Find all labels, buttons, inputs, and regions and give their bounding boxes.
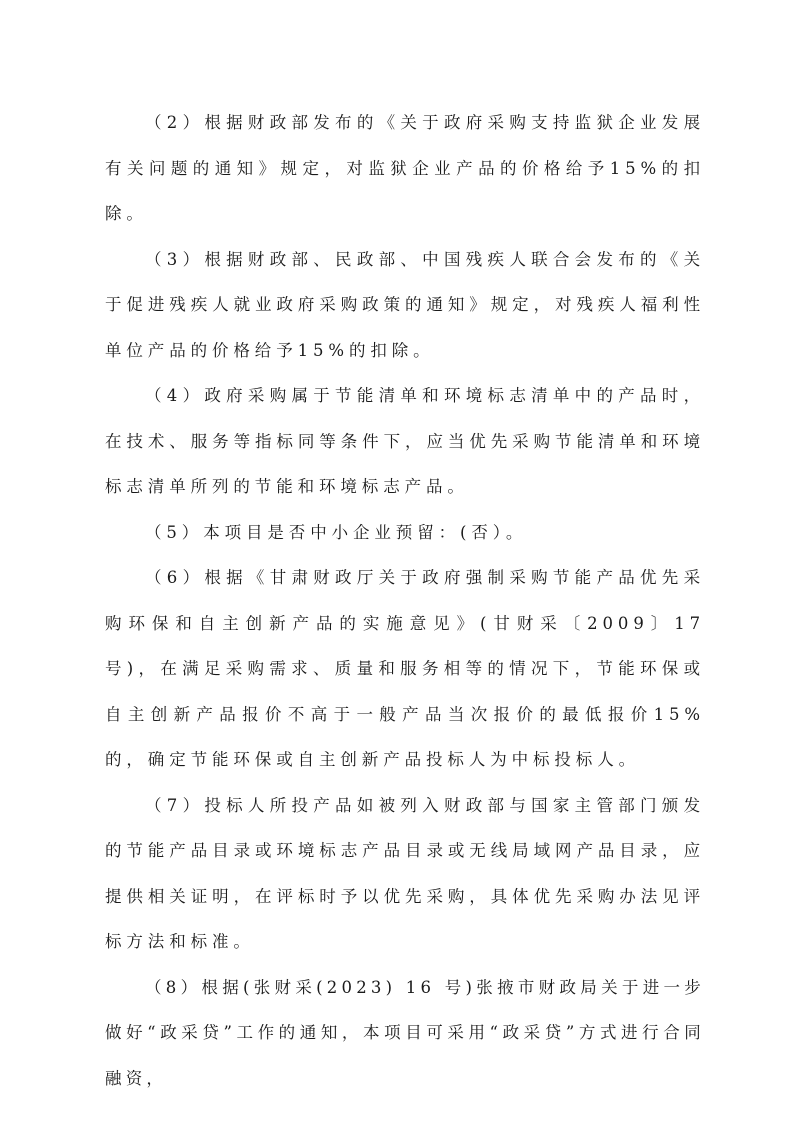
paragraph-7: （7）投标人所投产品如被列入财政部与国家主管部门颁发的节能产品目录或环境标志产品… <box>105 783 705 965</box>
paragraph-3: （3）根据财政部、民政部、中国残疾人联合会发布的《关于促进残疾人就业政府采购政策… <box>105 237 705 374</box>
document-page: （2）根据财政部发布的《关于政府采购支持监狱企业发展有关问题的通知》规定，对监狱… <box>105 100 705 1101</box>
paragraph-8: （8）根据(张财采(2023) 16 号)张掖市财政局关于进一步做好“政采贷”工… <box>105 965 705 1102</box>
paragraph-6: （6）根据《甘肃财政厅关于政府强制采购节能产品优先采购环保和自主创新产品的实施意… <box>105 555 705 783</box>
paragraph-2: （2）根据财政部发布的《关于政府采购支持监狱企业发展有关问题的通知》规定，对监狱… <box>105 100 705 237</box>
paragraph-5: （5）本项目是否中小企业预留：(否）。 <box>105 510 705 556</box>
paragraph-4: （4）政府采购属于节能清单和环境标志清单中的产品时，在技术、服务等指标同等条件下… <box>105 373 705 510</box>
